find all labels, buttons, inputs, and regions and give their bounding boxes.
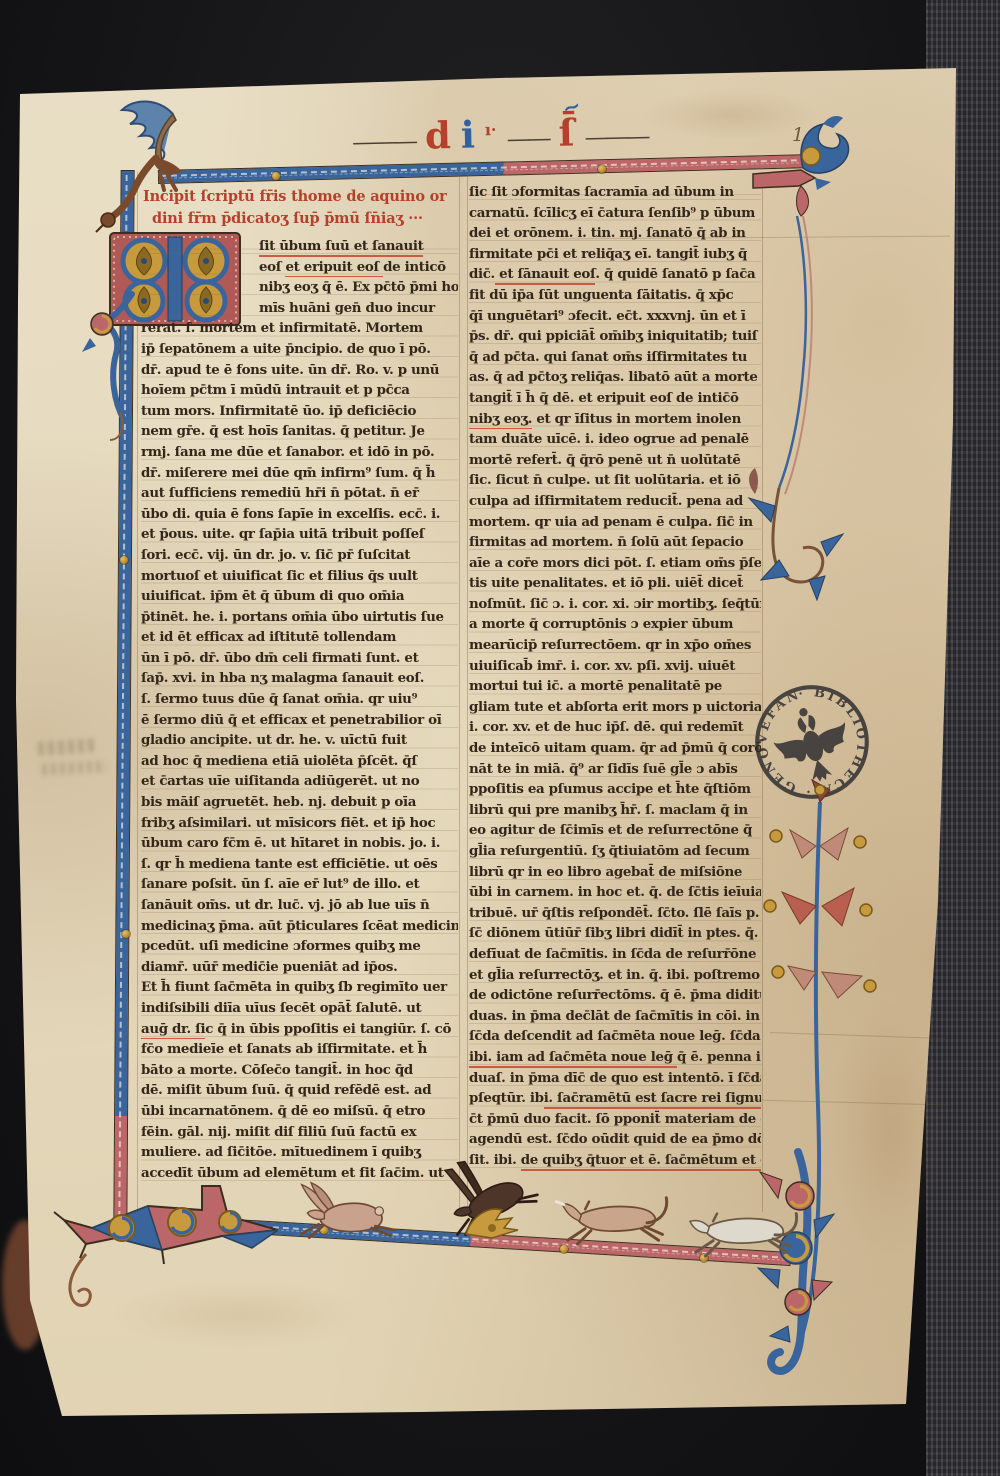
text-line: et id ēt efficax ad iſtitutē tollendam [141, 627, 458, 648]
text-line: tam duāte uīcē. i. ideo ogrue ad penalē [469, 429, 761, 450]
text-line: mearūcip̄ reſurrectōem. qr in xp̄o om̄es [469, 635, 761, 656]
text-line: pcedūt. uſi medicine ɔformes quibʒ me [141, 936, 458, 957]
text-line: gl̄ia reſurgentiū. ſʒ q̄tiuiatōm ad ſecu… [469, 841, 761, 862]
text-line: aut ſufficiens remediū hr̄i n̄ pōtat. n̄… [141, 483, 458, 504]
manuscript-photo: ———diı·——ſ̄——— 1. Incipit ſcriptū fr̄is … [0, 0, 1000, 1476]
text-line: ſanare poſsit. ūn ſ. aīe er̄ lut⁹ de ill… [141, 874, 458, 895]
gold-dot [120, 556, 128, 564]
column-right: ſic ſit ɔformitas ſacramīa ad ūbum incar… [469, 182, 761, 1176]
text-line: pſeqtūr. ibi. ſac̄ramētū est ſacre rei ſ… [469, 1088, 761, 1109]
text-line: ſ. ſermo tuus dūe q̄ ſanat om̄ia. qr uiu… [141, 689, 458, 710]
text-line: ūbo di. quia ē fons ſapīe in excelſis. e… [141, 504, 458, 525]
text-line: medicinaʒ p̄ma. aūt p̄ticulares ſcēat me… [141, 916, 458, 937]
text-line: ūbum caro fc̄m ē. ut hītaret in nobis. j… [141, 833, 458, 854]
text-line: ūn ī pō. dr̄. ūbo dm̄ celi firmati ſunt.… [141, 648, 458, 669]
text-line: ē ſermo diū q̄ et efficax et penetrabili… [141, 710, 458, 731]
running-title: ———diı·——ſ̄——— [352, 109, 648, 159]
text-line: defīuat de ſac̄mītis. in ſc̄da de reſurr… [469, 944, 761, 965]
ruling-line-vertical [467, 172, 468, 1212]
text-line: dr̄. apud te ē fons uite. ūn dr̄. Ro. v.… [141, 360, 458, 381]
running-title-glyph: ——— [352, 127, 416, 156]
pale-hound-marginalia [688, 1200, 804, 1262]
text-line: eoſ et eripuit eoſ de inticō [141, 257, 458, 278]
gold-dot [272, 172, 280, 180]
text-line: et p̄ous. uite. qr ſap̄ia uitā tribuit p… [141, 524, 458, 545]
text-line: de inteīcō uitam quam. q̄r ad p̄mū q̄ co… [469, 738, 761, 759]
text-line: firmitate pc̄i et reliq̄aʒ eī. tangit̄ i… [469, 244, 761, 265]
text-line: ſit. ibi. de quibʒ q̄tuor et ē. ſac̄mētu… [469, 1150, 761, 1171]
text-line: dei et orōnem. i. tin. mj. ſanatō q̄ ab … [469, 223, 761, 244]
text-line: ppoſitis ea pſumus accipe et h̄te q̄ſtiō… [469, 779, 761, 800]
initial-tail-flourish [80, 292, 140, 442]
text-line: dē. miſit ūbum ſuū. q̄ quid refēdē est. … [141, 1080, 458, 1101]
rubricated-underline: nibʒ eoʒ. [469, 411, 532, 430]
text-line: tribuē. ur̄ q̄ſtis reſpondēt̄. ſc̄to. ſl… [469, 903, 761, 924]
text-line: et gl̄ia reſurrectōʒ. et in. q̄. ibi. po… [469, 965, 761, 986]
running-title-glyph: ſ̄ [558, 110, 575, 154]
text-line: i. cor. xv. et de huc ip̄ſ. dē. qui rede… [469, 717, 761, 738]
text-line: mortē refert̄. q̄ q̄rō penē ut n̄ uolūta… [469, 450, 761, 471]
text-line: p̄s. dr̄. qui ppiciāt̄ om̄ibʒ iniquitati… [469, 326, 761, 347]
ruling-line-vertical [459, 172, 460, 1212]
rubricated-underline: de quibʒ q̄tuor et ē. ſac̄mētum et ē [521, 1152, 761, 1171]
text-line: nibʒ eoʒ. et qr īſitus in mortem inolen [469, 409, 761, 430]
text-line: mīs huāni gen̄ duo incur [141, 298, 458, 319]
text-line: eo agitur de ſc̄imīs et de reſurrectōne … [469, 820, 761, 841]
text-line: hoīem pc̄tm ī mūdū intrauit et p pc̄ca [141, 380, 458, 401]
gold-leaf-ornament [462, 1204, 522, 1240]
text-line: nibʒ eoʒ q̄ ē. Ex pc̄tō p̄mi ho [141, 277, 458, 298]
text-line: ſori. ecc̄. vij. ūn dr. jo. v. ſic̄ pr̄ … [141, 545, 458, 566]
text-line: q̄ ad pc̄ta. qui ſanat om̄s iſfirmitates… [469, 347, 761, 368]
text-line: uiuificat. ip̄m ēt q̄ ūbum di quo om̄ia [141, 586, 458, 607]
rubricated-underline: et eripuit eoſ [285, 259, 383, 278]
text-line: ip̄ ſepatōnem a uite p̄ncipio. de quo ī … [141, 339, 458, 360]
text-line: ſ. qr h̄ mediena tante est efficiētie. u… [141, 854, 458, 875]
rubricated-underline: et ſānauit eoſ [495, 266, 596, 285]
text-line: ibi. iam ad ſac̄mēta noue leḡ q̄ ē. penn… [469, 1047, 761, 1068]
text-line: ſit ūbum ſuū et ſanauit [141, 236, 458, 257]
gold-dot [598, 165, 606, 173]
text-line: as. q̄ ad pc̄toʒ reliq̄as. libatō aūt a … [469, 367, 761, 388]
text-line: nāt te in miā. q̄⁹ ar ſidīs ſuē gl̄e ɔ a… [469, 759, 761, 780]
text-line: ſic. ſicut n̄ culpe. ut ſit uolūtaria. e… [469, 470, 761, 491]
finial-and-thorn-hook [745, 112, 895, 602]
text-line: accedīt ūbum ad elemētum et fit ſac̄im. … [141, 1163, 458, 1184]
text-line: aīe a cor̄e mors dici pōt. ſ. etiam om̄s… [469, 553, 761, 574]
text-line: fribʒ aſsimilari. ut mīsicors fiēt. et i… [141, 813, 458, 834]
text-line: a morte q̄ corruptōnis ɔ expier ūbum [469, 614, 761, 635]
text-line: bis māiſ agruetēt. heb. nj. debuit p oīa [141, 792, 458, 813]
rubricated-underline: ſit ūbum ſuū et ſanauit [259, 238, 423, 257]
text-line: fc̄o medieīe et ſanats ab iſfirmitate. e… [141, 1039, 458, 1060]
text-line: tangit̄ ī h̄ q̄ dē. et eripuit eoſ de in… [469, 388, 761, 409]
text-line: noſmūt. ſic̄ ɔ. i. cor. xi. ɔir mortibʒ.… [469, 594, 761, 615]
text-line: rerat. ſ. mortem et infirmitatē. Mortem [141, 318, 458, 339]
running-title-glyph: i [460, 113, 475, 157]
text-line: rmj. ſana me dūe et ſanabor. et idō in p… [141, 442, 458, 463]
text-line: ūbi incarnatōnem. q̄ dē eo miſsū. q̄ etr… [141, 1101, 458, 1122]
text-line: ſc̄ diōnem ūtiūr̄ ſibʒ libri didīt̄ in p… [469, 923, 761, 944]
rubricated-underline: i. ſac̄ramētū est ſacre rei ſignu [544, 1090, 761, 1109]
text-line: c̄t p̄mū duo facit. ſō pponit̄ materiam … [469, 1109, 761, 1130]
text-line: tum mors. Infirmitatē ūo. ip̄ deficiēcio [141, 401, 458, 422]
text-line: gladio ancipite. ut dr. he. v. uīctū fui… [141, 730, 458, 751]
rubricated-underline: ibi. iam ad ſac̄mēta noue leḡ [469, 1049, 677, 1068]
text-line: indiſsibili diīa uīus ſecēt opāt̄ ſalutē… [141, 998, 458, 1019]
text-line: nem gr̄e. q̄ est hoīs ſanitas. q̄ petitu… [141, 421, 458, 442]
text-line: tis uite penalitates. et iō pli. uiēt̄ d… [469, 573, 761, 594]
bottom-left-cartouche [52, 1176, 292, 1326]
text-line: muliere. ad ſic̄itōe. mītuedinem ī quibʒ [141, 1142, 458, 1163]
text-line: ad hoc q̄ mediena etiā uiolēta p̄ſcēt. q… [141, 751, 458, 772]
text-line: p̄tinēt. he. i. portans om̄ia ūbo uirtut… [141, 607, 458, 628]
running-title-glyph: d [425, 113, 452, 158]
text-line: Et h̄ fiunt ſac̄mēta in quibʒ ſb regimīt… [141, 977, 458, 998]
text-line: et c̄artas uīe uiſitanda adiūgerēt. ut n… [141, 771, 458, 792]
text-line: bāto a morte. Cōſec̄o tangit̄. in hoc q̄… [141, 1060, 458, 1081]
text-line: carnatū. ſcīlicʒ eī c̄atura ſenſib⁹ p ūb… [469, 203, 761, 224]
text-line: mortuoſ et uiuificat ſic et filius q̄s u… [141, 566, 458, 587]
text-line: ūbi in carnem. in hoc et. q̄. de ſc̄tis … [469, 882, 761, 903]
running-title-glyph: ı· [485, 120, 497, 139]
text-line: librū qui pre manibʒ h̄r̄. ſ. maclam q̄ … [469, 800, 761, 821]
running-title-glyph: ——— [584, 122, 648, 151]
text-line: ſap̄. xvi. in hba nʒ malagma ſanauit eoſ… [141, 668, 458, 689]
column-left: ſit ūbum ſuū et ſanauiteoſ et eripuit eo… [141, 236, 458, 1188]
dragon-marginalia [98, 96, 228, 246]
text-line: librū qr in eo libro agebat̄ de miſsiōne [469, 862, 761, 883]
hare-marginalia [296, 1182, 400, 1244]
text-line: q̄ī unguētari⁹ ɔfecit. ec̄t. xxxvnj. ūn … [469, 306, 761, 327]
text-line: culpa ad iſfirmitatem reducit̄. pena ad [469, 491, 761, 512]
text-line: firmitas ad mortem. n̄ ſolū aūt ſepacio [469, 532, 761, 553]
text-line: mortui tui ic̄. a mortē penalitatē pe [469, 676, 761, 697]
running-title-glyph: —— [506, 124, 549, 153]
bottom-right-cascade [738, 1150, 848, 1380]
gold-dot [122, 930, 130, 938]
text-line: duaſ. in p̄ma dīc̄ de quo est intentō. ī… [469, 1068, 761, 1089]
text-line: dic̄. et ſānauit eoſ. q̄ quidē ſanatō p … [469, 264, 761, 285]
text-line: ſic ſit ɔformitas ſacramīa ad ūbum in [469, 182, 761, 203]
text-line: fēin. gāl. nij. miſit diſ filiū ſuū fact… [141, 1122, 458, 1143]
rubricated-underline: auḡ dr. ſi [141, 1021, 205, 1040]
text-line: duas. in p̄ma dec̄lāt de ſac̄mītis in cō… [469, 1006, 761, 1027]
text-line: de odictōne reſurr̄ectōms. q̄ ē. p̄ma di… [469, 985, 761, 1006]
text-line: dr̄. miſerere mei dūe qm̄ infirm⁹ ſum. q… [141, 463, 458, 484]
text-line: auḡ dr. ſic q̄ in ūbis ppoſitis ei tangi… [141, 1019, 458, 1040]
text-line: fit dū ip̄a ſūt unguenta ſāitatis. q̄ xp… [469, 285, 761, 306]
text-line: ſanāuit om̄s. ut dr. luc̄. vj. jō ab lue… [141, 895, 458, 916]
text-line: uiuiſicab̄ imr̄. i. cor. xv. pſi. xvij. … [469, 656, 761, 677]
text-line: agendū est. ſc̄do oūdit quid de ea p̄mo … [469, 1129, 761, 1150]
text-line: mortem. qr uia ad penam ē culpa. ſic̄ in [469, 512, 761, 533]
text-line: gliam tute et abſorta erit mors p uictor… [469, 697, 761, 718]
text-line: diamr̄. uūr̄ medic̄ie pueniāt ad ip̄os. [141, 957, 458, 978]
text-line: ſc̄da deſcendit ad ſac̄mēta noue leḡ. ſc… [469, 1026, 761, 1047]
hound-marginalia [560, 1188, 676, 1250]
